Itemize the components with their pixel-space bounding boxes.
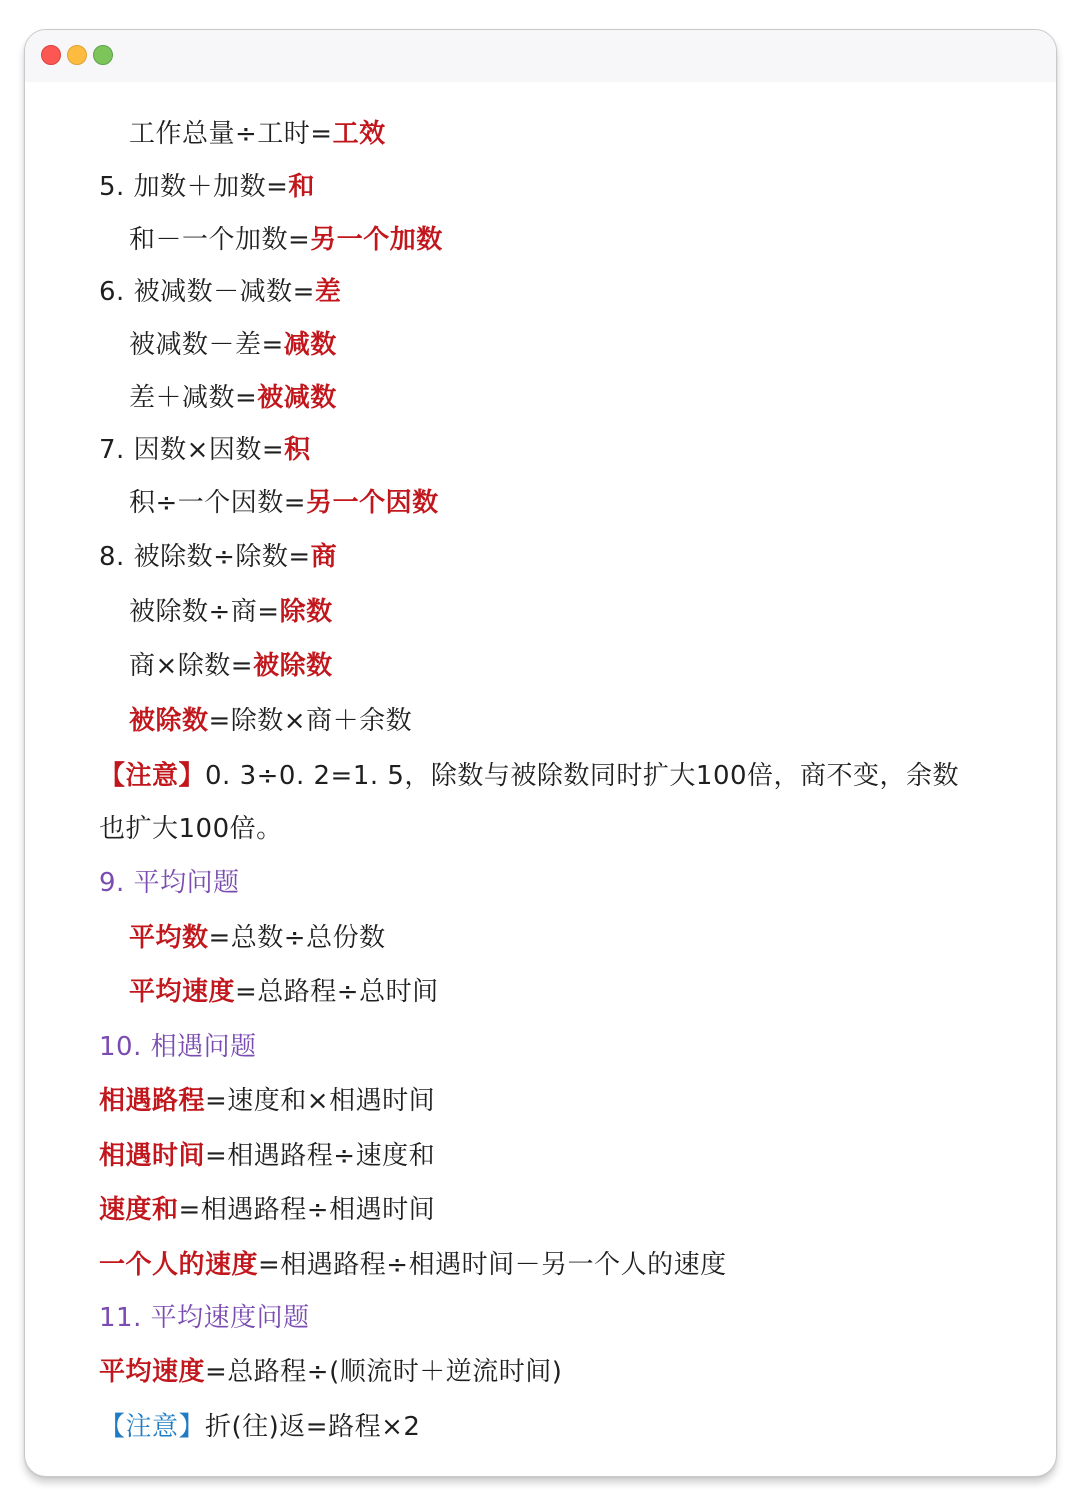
formula-text: 商×除数= xyxy=(129,651,253,681)
formula-result: 差 xyxy=(315,277,342,307)
formula-content: 工作总量÷工时=工效 5. 加数＋加数=和 和－一个加数=另一个加数 6. 被减… xyxy=(25,82,1056,1476)
formula-line-dividend-remainder: 被除数=除数×商＋余数 xyxy=(129,704,412,738)
note-text: 折(往)返=路程×2 xyxy=(205,1412,420,1442)
formula-line-meeting-time: 相遇时间=相遇路程÷速度和 xyxy=(99,1139,435,1173)
formula-result: 商 xyxy=(311,542,338,572)
note-line-continuation: 也扩大100倍。 xyxy=(99,812,283,846)
formula-line-speed-sum: 速度和=相遇路程÷相遇时间 xyxy=(99,1193,435,1227)
formula-text: =除数×商＋余数 xyxy=(209,706,413,736)
formula-line-individual-speed: 一个人的速度=相遇路程÷相遇时间－另一个人的速度 xyxy=(99,1248,727,1282)
formula-text: 8. 被除数÷除数= xyxy=(99,542,311,572)
formula-result: 除数 xyxy=(280,597,333,627)
minimize-window-button[interactable] xyxy=(67,45,87,65)
formula-line-factor: 积÷一个因数=另一个因数 xyxy=(129,486,439,520)
formula-result: 相遇时间 xyxy=(99,1141,205,1171)
formula-text: 工作总量÷工时= xyxy=(129,119,333,149)
formula-line-division: 8. 被除数÷除数=商 xyxy=(99,540,337,574)
formula-line-average-number: 平均数=总数÷总份数 xyxy=(129,921,386,955)
formula-text: =总路程÷总时间 xyxy=(235,977,439,1007)
formula-text: =速度和×相遇时间 xyxy=(205,1086,435,1116)
formula-line-divisor: 被除数÷商=除数 xyxy=(129,595,333,629)
formula-result: 和 xyxy=(288,172,315,202)
formula-text: 6. 被减数－减数= xyxy=(99,277,315,307)
formula-line-multiplication: 7. 因数×因数=积 xyxy=(99,433,311,467)
close-window-button[interactable] xyxy=(41,45,61,65)
formula-line-subtrahend: 被减数－差=减数 xyxy=(129,328,337,362)
document-window: 工作总量÷工时=工效 5. 加数＋加数=和 和－一个加数=另一个加数 6. 被减… xyxy=(24,29,1057,1477)
formula-result: 平均速度 xyxy=(129,977,235,1007)
formula-result: 平均速度 xyxy=(99,1357,205,1387)
formula-line-minuend: 差＋减数=被减数 xyxy=(129,381,337,415)
formula-line-stream-average-speed: 平均速度=总路程÷(顺流时＋逆流时间) xyxy=(99,1355,562,1389)
formula-line-subtraction: 6. 被减数－减数=差 xyxy=(99,275,341,309)
formula-text: 和－一个加数= xyxy=(129,225,310,255)
formula-text: 7. 因数×因数= xyxy=(99,435,284,465)
formula-result: 积 xyxy=(284,435,311,465)
section-heading-meeting: 10. 相遇问题 xyxy=(99,1030,257,1064)
formula-text: =相遇路程÷相遇时间－另一个人的速度 xyxy=(258,1250,727,1280)
formula-result: 被除数 xyxy=(253,651,333,681)
formula-line-meeting-distance: 相遇路程=速度和×相遇时间 xyxy=(99,1084,435,1118)
note-label: 【注意】 xyxy=(99,1412,205,1442)
section-heading: 10. 相遇问题 xyxy=(99,1032,257,1062)
note-line-division-scaling: 【注意】0. 3÷0. 2=1. 5，除数与被除数同时扩大100倍，商不变，余数 xyxy=(99,759,959,793)
formula-result: 被除数 xyxy=(129,706,209,736)
formula-result: 被减数 xyxy=(257,383,337,413)
note-text: 0. 3÷0. 2=1. 5，除数与被除数同时扩大100倍，商不变，余数 xyxy=(205,761,959,791)
note-text: 也扩大100倍。 xyxy=(99,814,283,844)
formula-text: =总路程÷(顺流时＋逆流时间) xyxy=(205,1357,562,1387)
section-heading-average-speed: 11. 平均速度问题 xyxy=(99,1301,310,1335)
formula-line-addend: 和－一个加数=另一个加数 xyxy=(129,223,443,257)
formula-text: 被减数－差= xyxy=(129,330,284,360)
formula-result: 速度和 xyxy=(99,1195,179,1225)
formula-text: 积÷一个因数= xyxy=(129,488,306,518)
formula-text: 差＋减数= xyxy=(129,383,257,413)
note-label: 【注意】 xyxy=(99,761,205,791)
formula-result: 一个人的速度 xyxy=(99,1250,258,1280)
formula-result: 另一个因数 xyxy=(306,488,439,518)
formula-line-average-speed: 平均速度=总路程÷总时间 xyxy=(129,975,439,1009)
section-heading-average: 9. 平均问题 xyxy=(99,866,240,900)
formula-result: 平均数 xyxy=(129,923,209,953)
formula-text: 5. 加数＋加数= xyxy=(99,172,288,202)
formula-result: 减数 xyxy=(284,330,337,360)
section-heading: 9. 平均问题 xyxy=(99,868,240,898)
window-titlebar xyxy=(25,30,1056,82)
formula-text: 被除数÷商= xyxy=(129,597,280,627)
formula-line-dividend: 商×除数=被除数 xyxy=(129,649,333,683)
formula-text: =总数÷总份数 xyxy=(209,923,386,953)
formula-result: 相遇路程 xyxy=(99,1086,205,1116)
maximize-window-button[interactable] xyxy=(93,45,113,65)
formula-line-addition: 5. 加数＋加数=和 xyxy=(99,170,315,204)
formula-result: 另一个加数 xyxy=(310,225,443,255)
formula-line-work-efficiency: 工作总量÷工时=工效 xyxy=(129,117,386,151)
note-line-round-trip: 【注意】折(往)返=路程×2 xyxy=(99,1410,420,1444)
formula-text: =相遇路程÷相遇时间 xyxy=(179,1195,436,1225)
section-heading: 11. 平均速度问题 xyxy=(99,1303,310,1333)
formula-text: =相遇路程÷速度和 xyxy=(205,1141,435,1171)
formula-result: 工效 xyxy=(333,119,386,149)
